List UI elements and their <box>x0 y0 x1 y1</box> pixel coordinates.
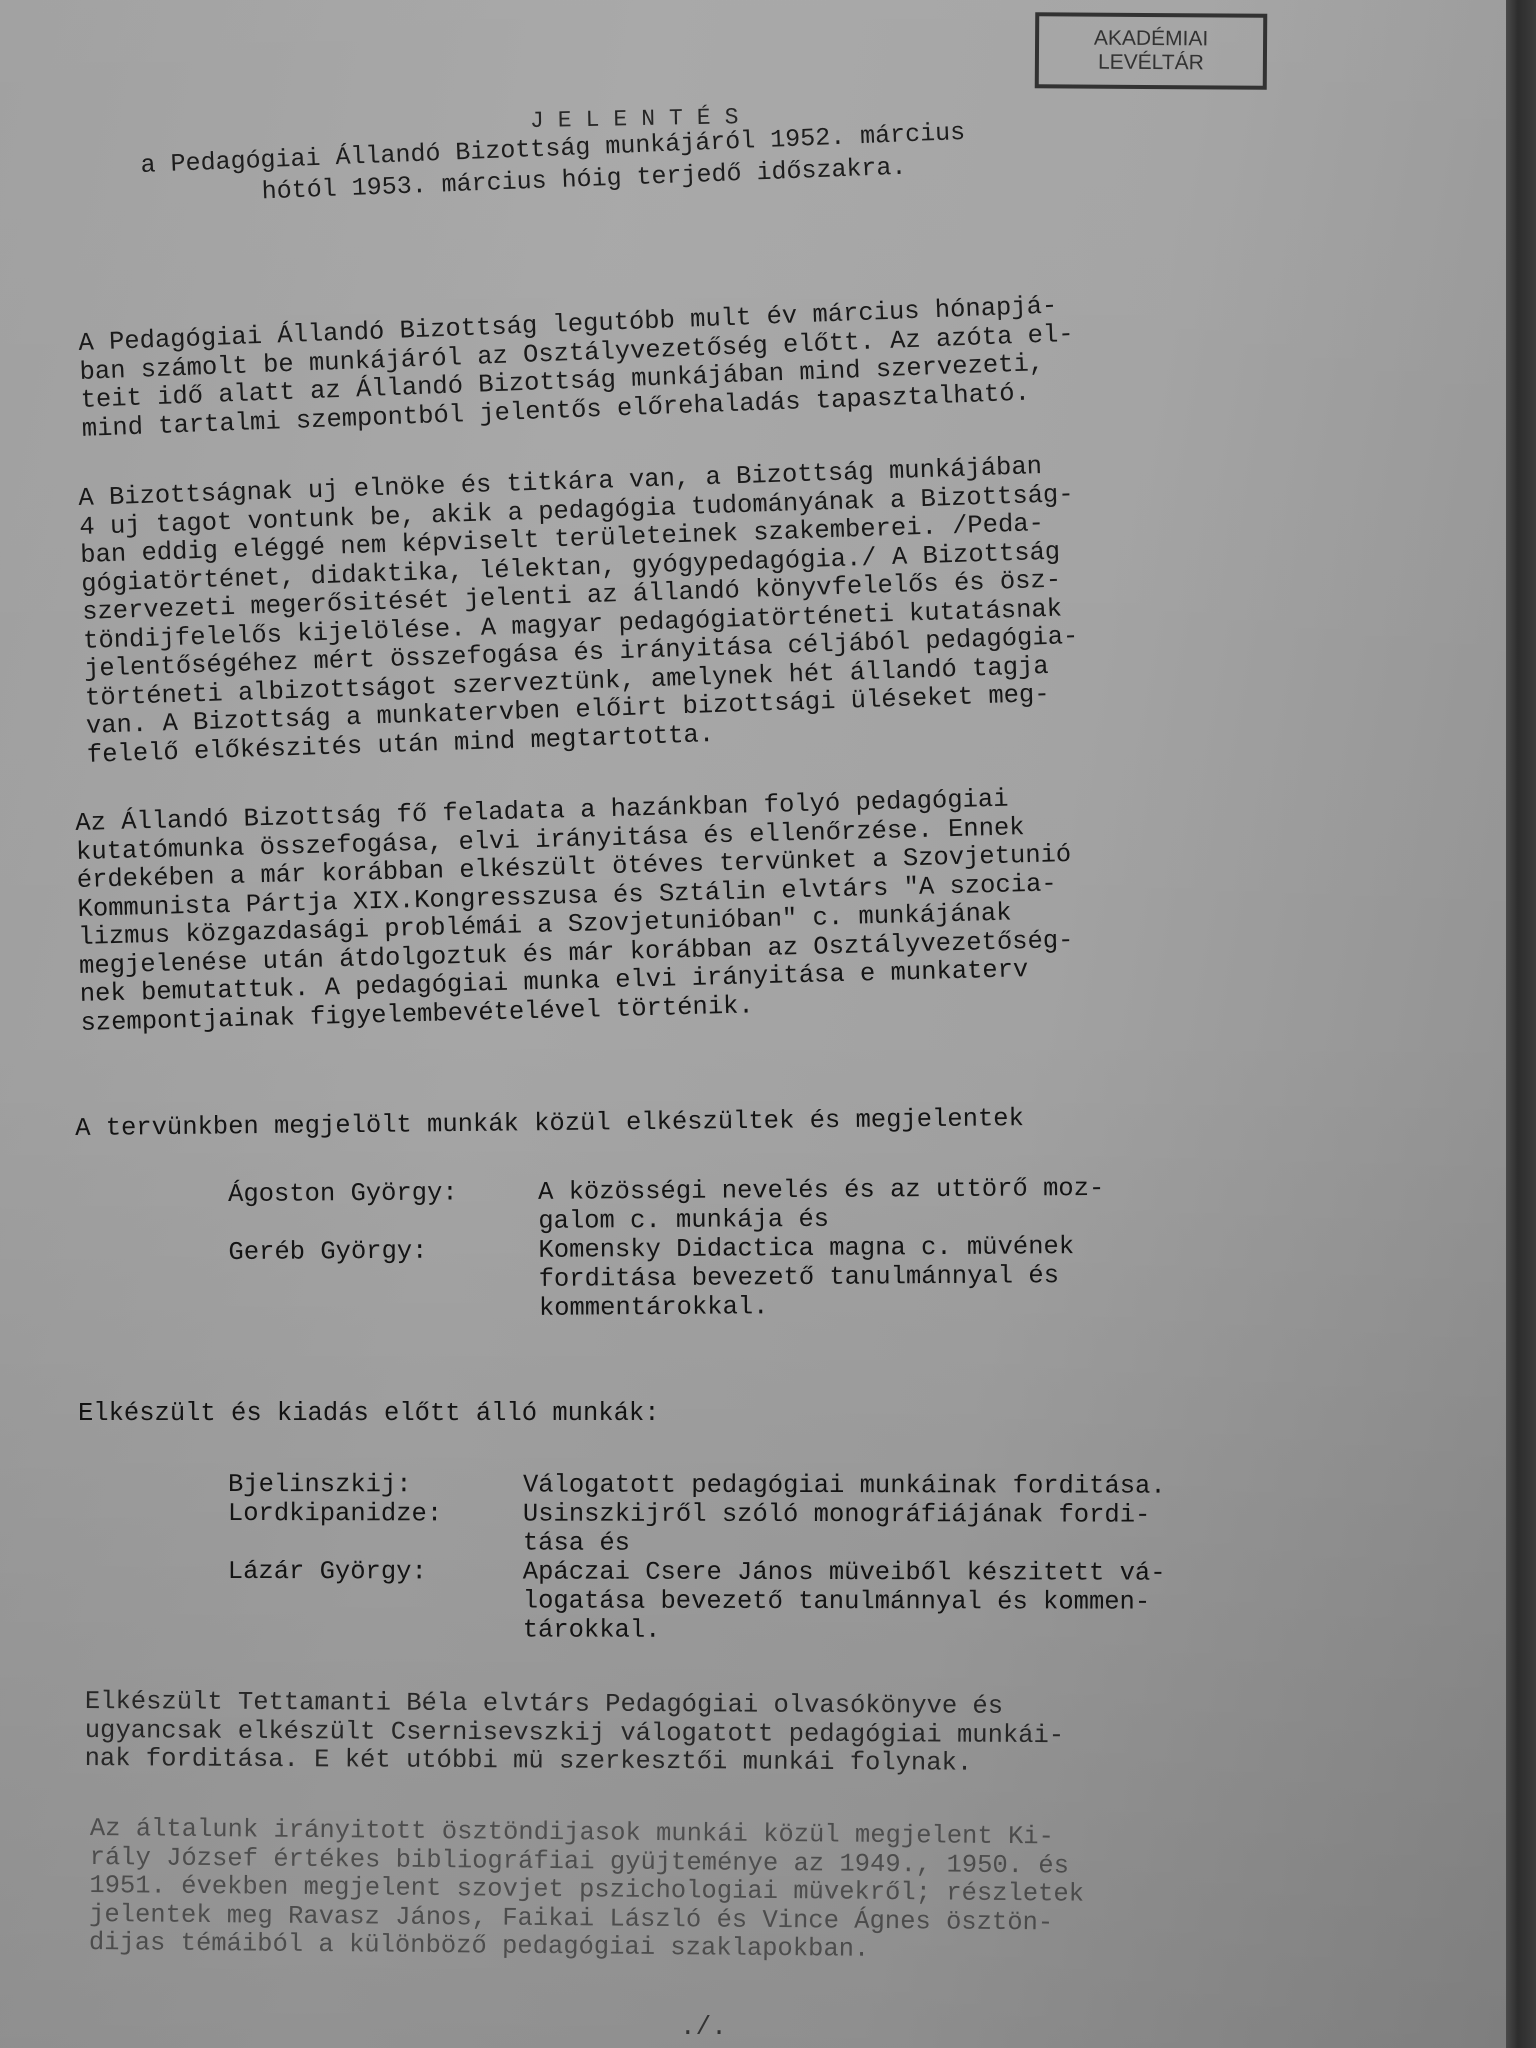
work-title: Usinszkijről szóló monográfiájának fordi… <box>523 1500 1151 1559</box>
list-item: Geréb György: Komensky Didactica magna c… <box>228 1232 1105 1325</box>
paragraph-4: A tervünkben megjelölt munkák közül elké… <box>75 1105 1024 1143</box>
archive-stamp: AKADÉMIAI LEVÉLTÁR <box>1035 12 1268 90</box>
paragraph-1: A Pedagógiai Állandó Bizottság legutóbb … <box>78 292 1076 444</box>
work-title: Komensky Didactica magna c. müvének ford… <box>538 1232 1074 1323</box>
list-item: Lázár György: Apáczai Csere János müveib… <box>228 1557 1166 1646</box>
paragraph-3: Az Állandó Bizottság fő feladata a hazán… <box>75 784 1075 1038</box>
paragraph-5: Elkészült és kiadás előtt álló munkák: <box>78 1400 660 1429</box>
work-author: Geréb György: <box>228 1236 539 1325</box>
list-item: Bjelinszkij: Válogatott pedagógiai munká… <box>228 1470 1166 1501</box>
work-title: Apáczai Csere János müveiből készitett v… <box>523 1558 1166 1646</box>
work-author: Bjelinszkij: <box>228 1470 523 1500</box>
work-author: Lordkipanidze: <box>228 1499 523 1558</box>
paragraph-2: A Bizottságnak uj elnöke és titkára van,… <box>78 452 1082 770</box>
document-page: AKADÉMIAI LEVÉLTÁR JELENTÉS a Pedagógiai… <box>0 0 1508 2048</box>
pending-works-list: Bjelinszkij: Válogatott pedagógiai munká… <box>228 1470 1166 1646</box>
work-author: Ágoston György: <box>228 1178 538 1238</box>
paragraph-7: Az általunk irányitott ösztöndijasok mun… <box>89 1815 1085 1966</box>
stamp-line-2: LEVÉLTÁR <box>1039 50 1263 76</box>
paragraph-6: Elkészült Tettamanti Béla elvtárs Pedagó… <box>85 1688 1065 1779</box>
stamp-line-1: AKADÉMIAI <box>1039 26 1263 52</box>
continuation-mark: ./. <box>680 2012 727 2042</box>
work-title: Válogatott pedagógiai munkáinak forditás… <box>523 1471 1166 1501</box>
published-works-list: Ágoston György: A közösségi nevelés és a… <box>228 1174 1105 1325</box>
binding-edge <box>1506 0 1536 2048</box>
work-title: A közösségi nevelés és az uttörő moz- ga… <box>538 1174 1105 1236</box>
list-item: Ágoston György: A közösségi nevelés és a… <box>228 1174 1105 1238</box>
list-item: Lordkipanidze: Usinszkijről szóló monogr… <box>228 1499 1166 1559</box>
work-author: Lázár György: <box>228 1557 523 1645</box>
